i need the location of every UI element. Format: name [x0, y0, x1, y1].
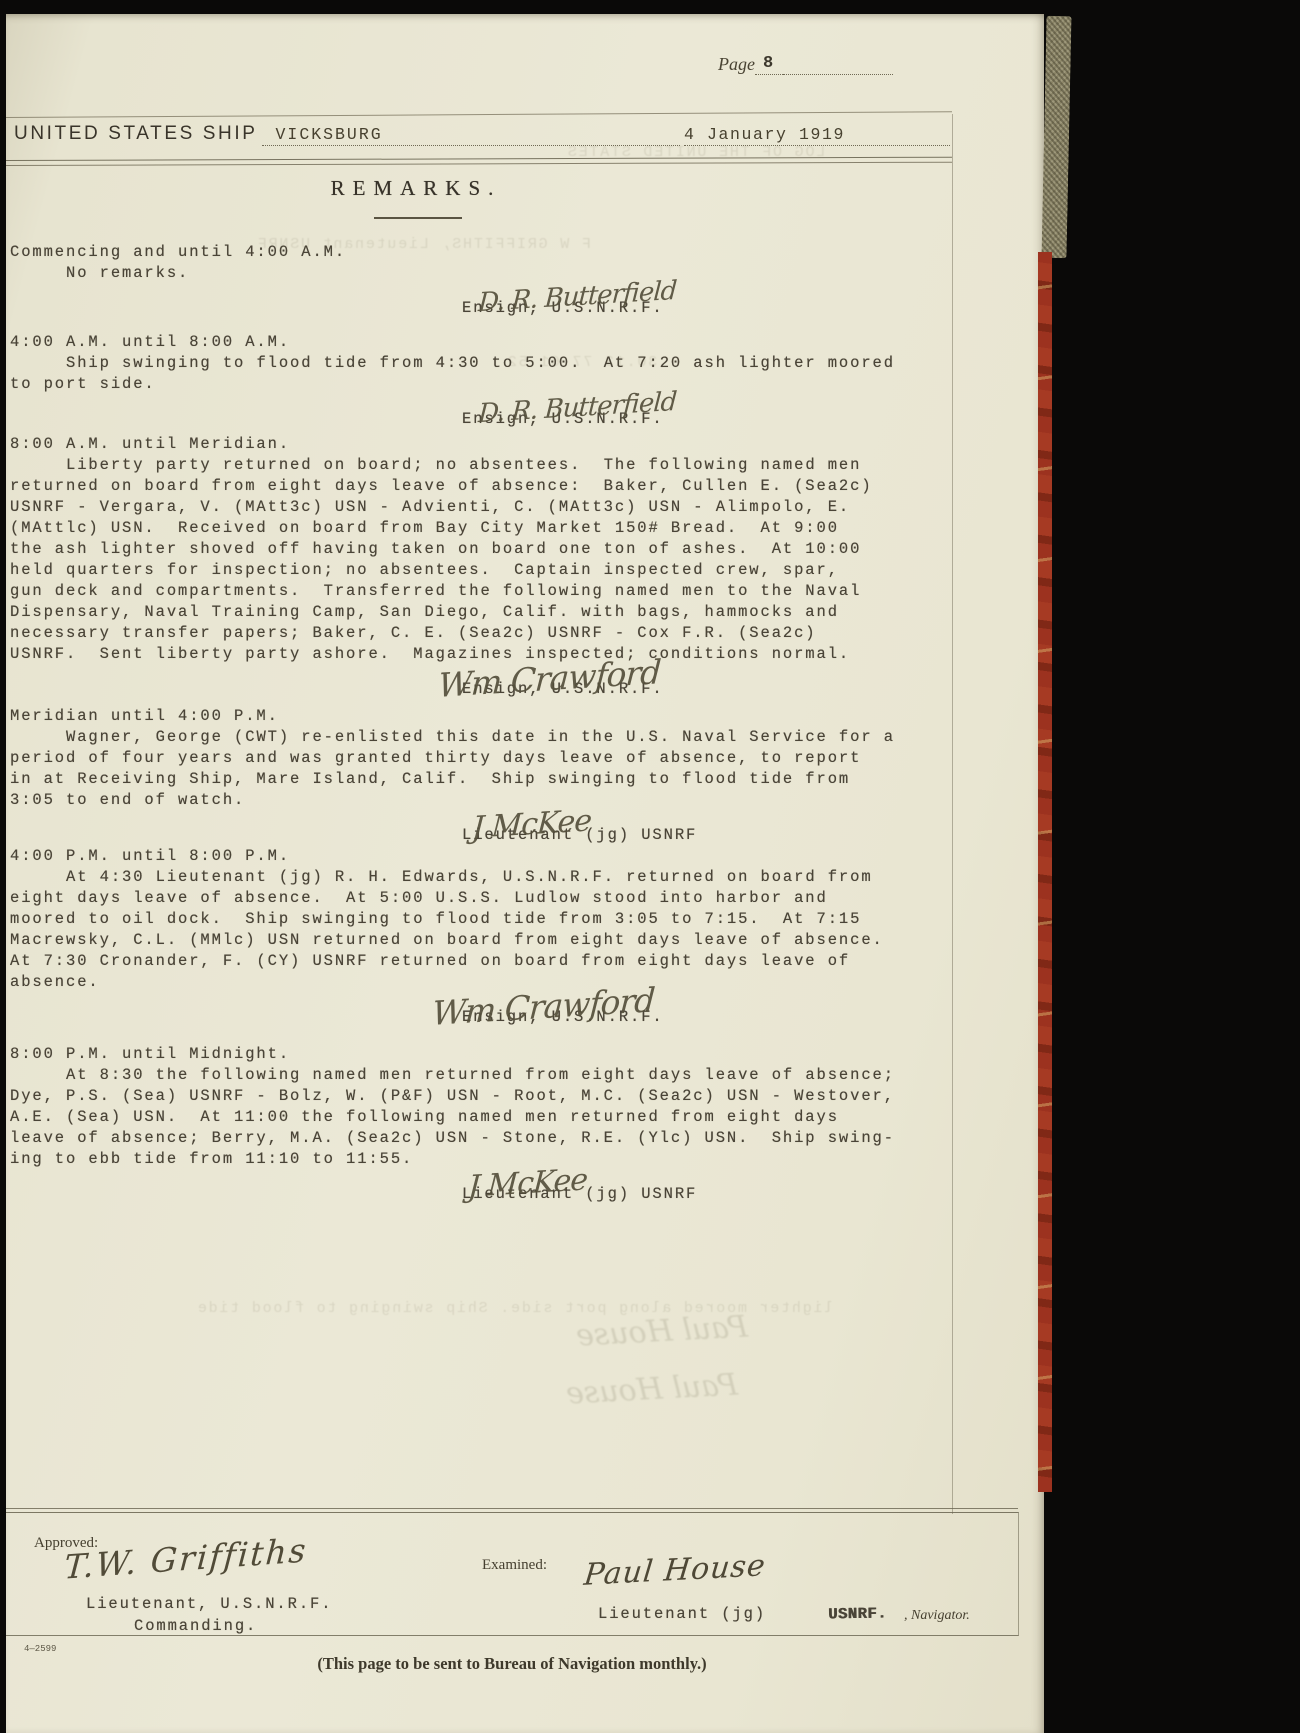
entry-period: 8:00 A.M. until Meridian.	[10, 434, 944, 455]
examined-title: Lieutenant (jg)	[598, 1605, 766, 1623]
footer-note: (This page to be sent to Bureau of Navig…	[6, 1654, 1018, 1674]
entry-body: Liberty party returned on board; no abse…	[10, 455, 944, 665]
entry-signature-row: Wm Crawford	[10, 665, 944, 679]
entry-body: Wagner, George (CWT) re-enlisted this da…	[10, 727, 944, 811]
examined-signature: Paul House	[582, 1548, 767, 1593]
entry-body: Ship swinging to flood tide from 4:30 to…	[10, 353, 944, 395]
approved-title: Lieutenant, U.S.N.R.F.	[86, 1595, 332, 1613]
entry-signature-row: Wm Crawford	[10, 993, 944, 1007]
entry-signature: J McKee	[471, 810, 591, 838]
entry-body: At 4:30 Lieutenant (jg) R. H. Edwards, U…	[10, 867, 944, 993]
examined-role: , Navigator.	[904, 1608, 970, 1624]
book-edge-red	[1038, 252, 1052, 1492]
watch-entry: 4:00 P.M. until 8:00 P.M. At 4:30 Lieute…	[10, 846, 944, 1028]
watch-entry: 8:00 A.M. until Meridian. Liberty party …	[10, 434, 944, 700]
entry-signature-row: J McKee	[10, 811, 944, 825]
entry-body: No remarks.	[10, 263, 944, 284]
form-number: 4—2599	[24, 1644, 56, 1654]
entry-signature: Wm Crawford	[432, 989, 656, 1024]
watch-entry: Meridian until 4:00 P.M. Wagner, George …	[10, 706, 944, 846]
approved-role: Commanding.	[134, 1617, 257, 1635]
entry-period: 4:00 P.M. until 8:00 P.M.	[10, 846, 944, 867]
log-page: LOG OF THE UNITED STATES F W GRIFFITHS, …	[6, 14, 1044, 1733]
entry-signature-row: D. R. Butterfield	[10, 395, 944, 409]
watch-entry: Commencing and until 4:00 A.M. No remark…	[10, 242, 944, 319]
entry-signature: Wm Crawford	[438, 661, 662, 696]
entries-list: Commencing and until 4:00 A.M. No remark…	[6, 14, 1044, 1733]
entry-body: At 8:30 the following named men returned…	[10, 1065, 944, 1170]
entry-signature: J McKee	[467, 1169, 587, 1197]
examined-org-stamp: USNRF.	[828, 1604, 887, 1623]
examined-label: Examined:	[482, 1557, 547, 1574]
watch-entry: 8:00 P.M. until Midnight. At 8:30 the fo…	[10, 1044, 944, 1205]
photo-background: LOG OF THE UNITED STATES F W GRIFFITHS, …	[0, 0, 1300, 1733]
entry-signature-row: J McKee	[10, 1170, 944, 1184]
entry-period: Commencing and until 4:00 A.M.	[10, 242, 944, 263]
entry-period: 8:00 P.M. until Midnight.	[10, 1044, 944, 1065]
binding-cloth	[1041, 16, 1071, 258]
approval-section: Approved: T.W. Griffiths Lieutenant, U.S…	[6, 1512, 1019, 1636]
approved-signature: T.W. Griffiths	[63, 1530, 309, 1586]
entry-period: 4:00 A.M. until 8:00 A.M.	[10, 332, 944, 353]
watch-entry: 4:00 A.M. until 8:00 A.M. Ship swinging …	[10, 332, 944, 430]
entry-period: Meridian until 4:00 P.M.	[10, 706, 944, 727]
entry-signature-row: D. R. Butterfield	[10, 284, 944, 298]
